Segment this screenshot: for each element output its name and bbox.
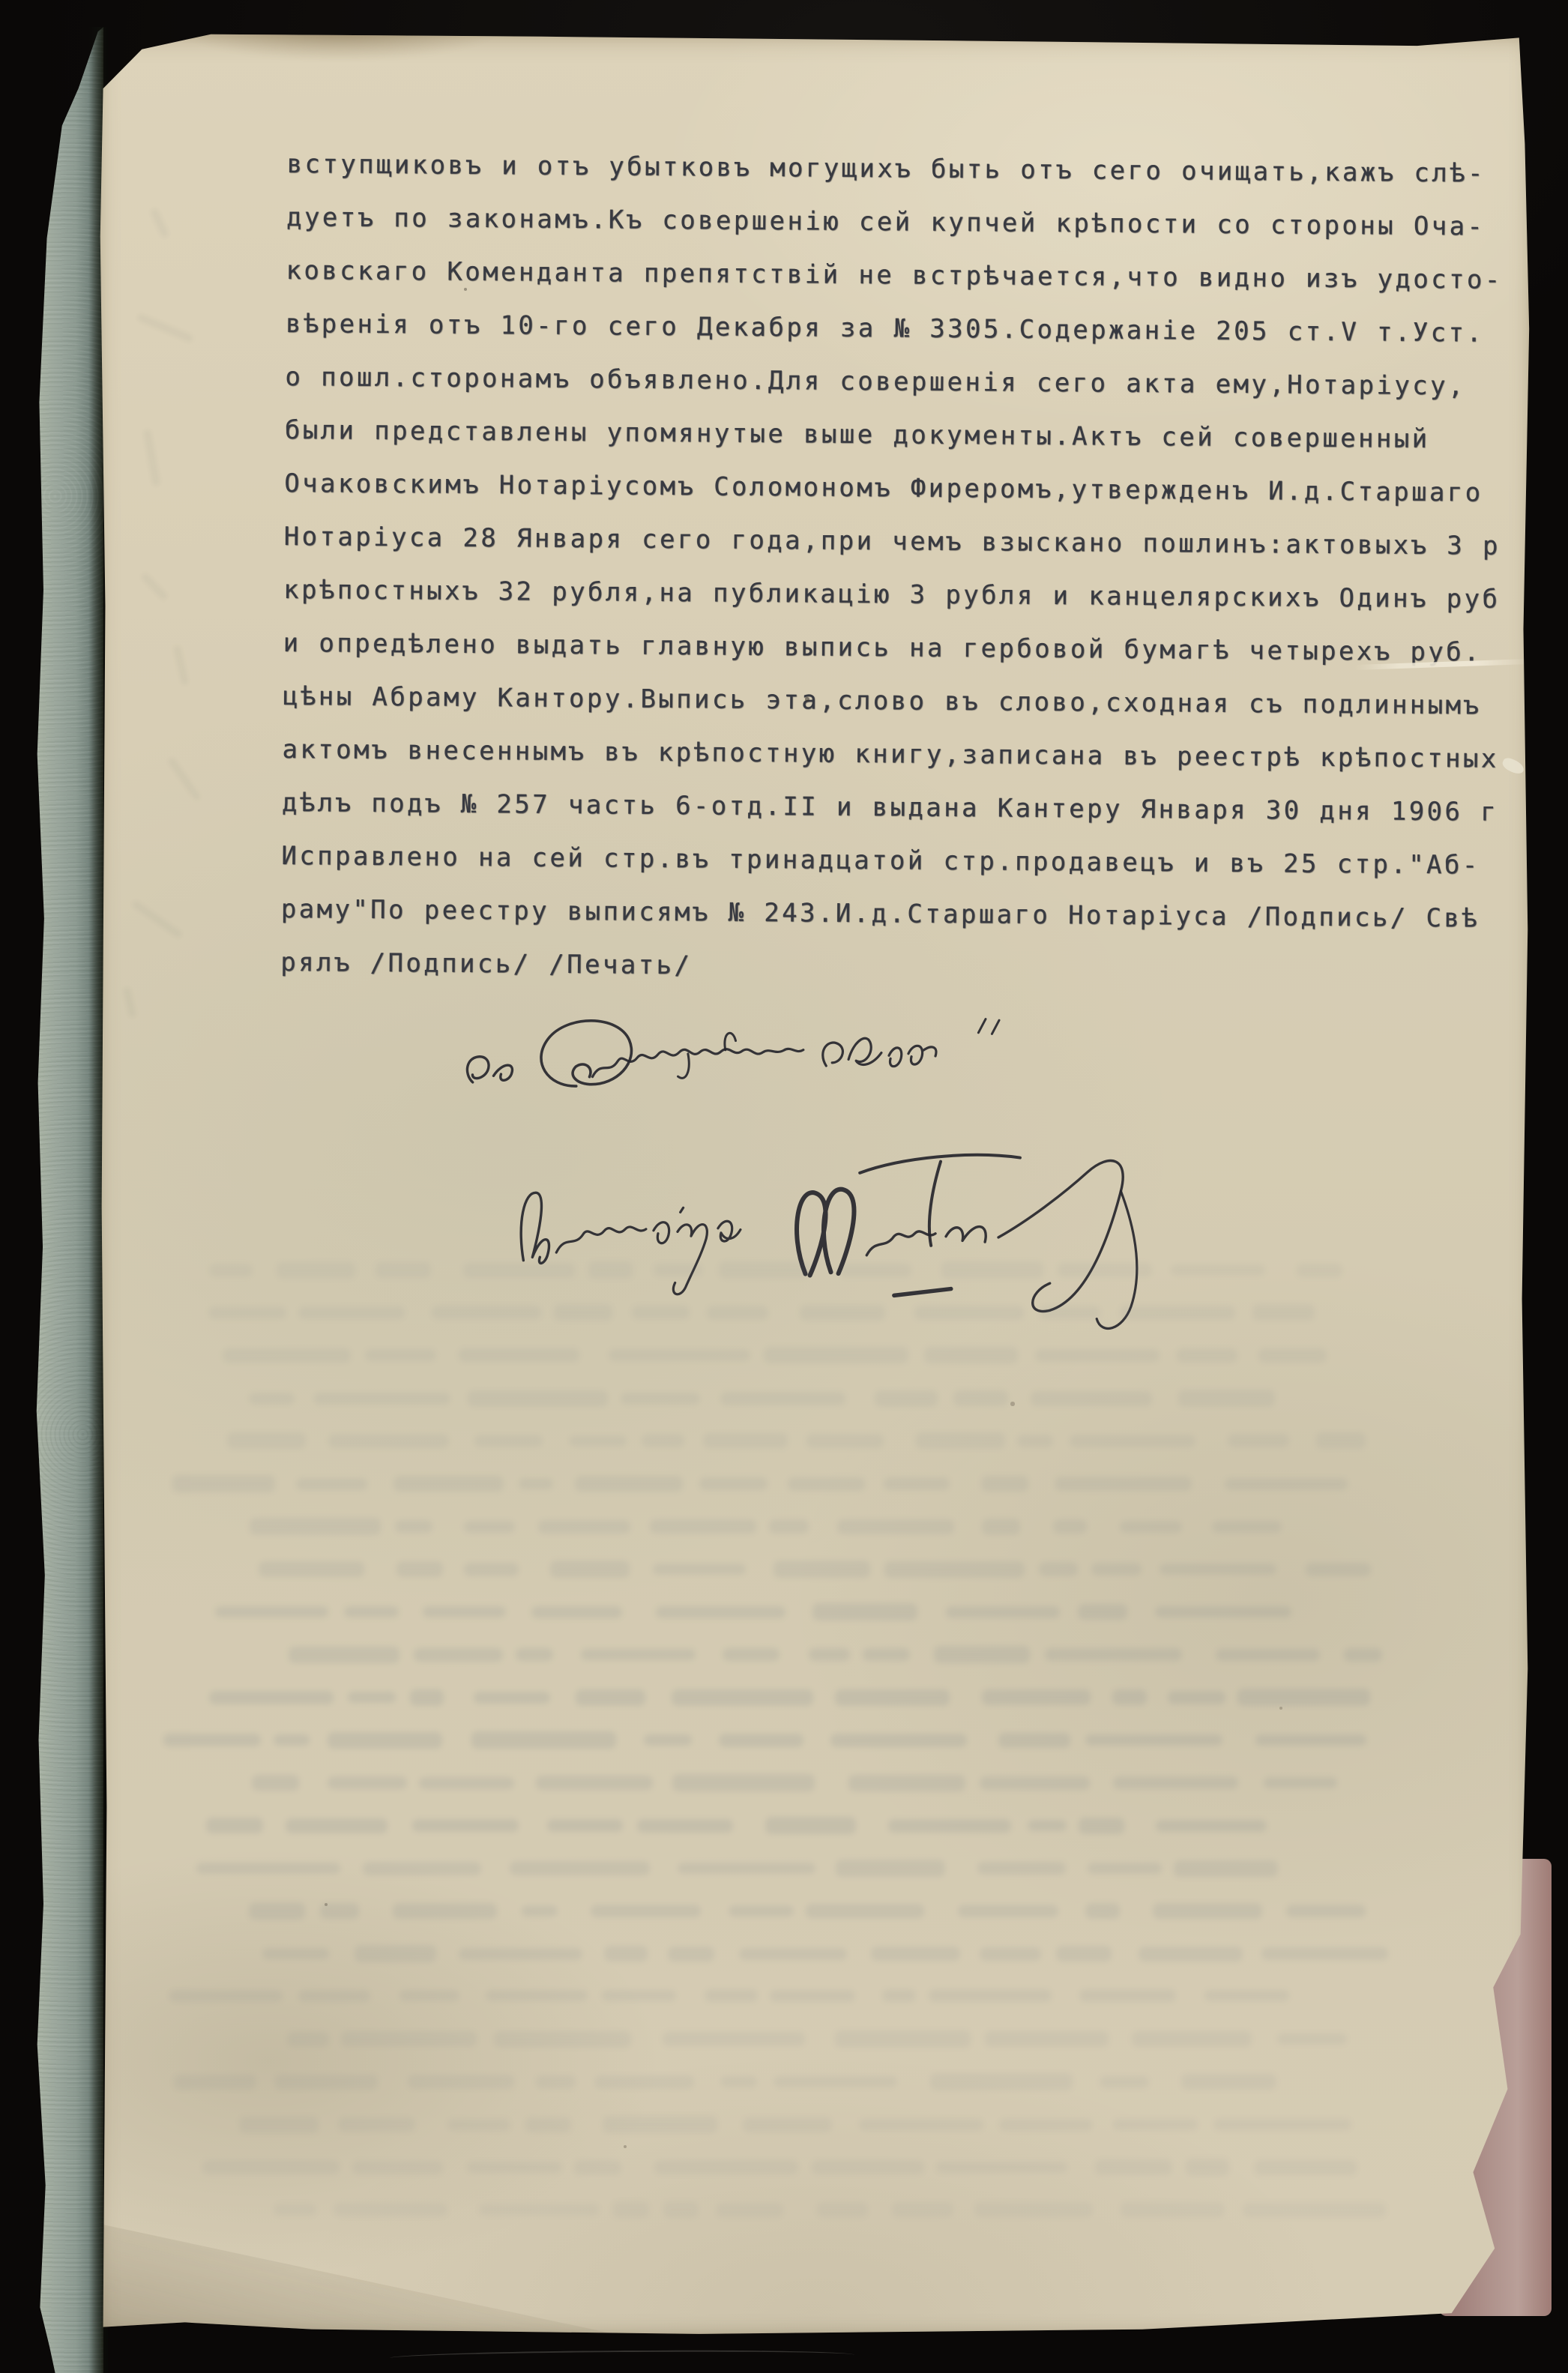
bleedthrough-line [182,1988,1289,2002]
bleedthrough-word [788,1477,865,1491]
bleedthrough-word [393,1903,497,1919]
margin-smudge [150,208,169,238]
typed-line: рялъ /Подпись/ /Печать/ [280,936,1539,999]
bleedthrough-word [208,1306,286,1319]
bleedthrough-word [974,2202,1093,2217]
bleedthrough-word [663,2201,699,2218]
bleedthrough-word [977,1862,1066,1875]
typed-line: крѣпостныхъ 32 рубля,на публикацію 3 руб… [283,564,1542,627]
typed-line: вѣренія отъ 10-го сего Декабря за № 3305… [286,298,1544,361]
bleedthrough-word [806,1904,924,1918]
bleedthrough-word [837,1519,954,1534]
margin-smudge [136,313,193,343]
bleedthrough-word [1139,1947,1243,1962]
bleedthrough-word [396,1561,443,1577]
margin-smudge [140,573,168,601]
bleedthrough-word [863,1648,910,1661]
bleedthrough-word [410,1689,444,1706]
bleedthrough-word [328,1732,442,1749]
bleedthrough-word [1120,1306,1235,1320]
bleedthrough-word [536,2075,576,2089]
margin-smudge [144,429,160,486]
bleedthrough-word [1056,1946,1112,1962]
typed-line: о пошл.сторонамъ объявлено.Для совершені… [285,351,1543,414]
bleedthrough-word [494,2031,631,2048]
bleedthrough-word [536,1776,653,1790]
bleedthrough-word [1344,1648,1382,1662]
bleedthrough-word [1156,1820,1267,1832]
bleedthrough-line [182,2159,1357,2176]
bleedthrough-line [175,2073,1276,2090]
bleedthrough-word [1095,2159,1172,2175]
bleedthrough-word [581,1649,696,1660]
bleedthrough-word [941,1261,1043,1279]
bleedthrough-word [603,2116,717,2133]
bleedthrough-word [1079,1989,1176,2002]
bleedthrough-word [227,1432,306,1449]
bleedthrough-word [835,2030,971,2048]
bleedthrough-word [474,1435,543,1447]
bleedthrough-line [206,1860,1278,1877]
bleedthrough-word [1028,1820,1067,1831]
bleedthrough-word [352,2161,443,2174]
bleedthrough-word [313,1393,450,1405]
bleedthrough-word [196,1863,340,1874]
bleedthrough-word [468,1390,608,1407]
bleedthrough-word [464,1563,519,1576]
bleedthrough-line [204,1347,1327,1363]
bleedthrough-word [320,1903,359,1919]
bleedthrough-word [632,1306,690,1319]
bleedthrough-word [215,1606,328,1617]
bleedthrough-word [408,2075,514,2089]
document-page: вступщиковъ и отъ убытковъ могущихъ быть… [96,28,1532,2339]
bleedthrough-line [182,1774,1337,1791]
bleedthrough-word [1204,1990,1289,2001]
notary-signature [490,1094,1348,1373]
bleedthrough-word [588,1261,633,1279]
bleedthrough-word [172,1475,275,1492]
bleedthrough-word [637,1819,733,1833]
typed-line: дѣлъ подъ № 257 часть 6-отд.II и выдана … [282,777,1540,839]
bleedthrough-line [211,2030,1347,2048]
bleedthrough-word [471,1731,616,1749]
bleedthrough-line [197,1817,1267,1834]
bleedthrough-word [432,1306,541,1319]
bleedthrough-word [999,2119,1093,2131]
bleedthrough-word [348,1692,396,1703]
bleedthrough-word [1216,1649,1320,1661]
bleedthrough-word [519,1478,553,1489]
bleedthrough-word [817,2202,868,2217]
bleedthrough-word [981,1476,1028,1492]
bleedthrough-word [892,2202,953,2217]
bleedthrough-word [341,2031,477,2047]
typed-line: ковскаго Коменданта препятствій не встрѣ… [286,244,1544,307]
bleedthrough-word [958,1905,1058,1917]
bleedthrough-line [190,1261,1342,1279]
margin-smudge [123,987,136,1018]
bleedthrough-word [1070,1435,1195,1447]
bleedthrough-word [812,2160,924,2174]
bleedthrough-word [328,1776,407,1789]
bleedthrough-word [1177,1348,1237,1363]
bleedthrough-word [1053,1519,1087,1534]
bleedthrough-word [1121,2202,1225,2217]
bleedthrough-word [1031,1391,1152,1406]
bleedthrough-line [194,1304,1315,1321]
bleedthrough-word [602,1990,676,2001]
bleedthrough-word [206,1818,263,1833]
bleedthrough-word [716,2203,783,2217]
bleedthrough-word [668,1947,714,1962]
typed-text-block: вступщиковъ и отъ убытковъ могущихъ быть… [280,138,1545,999]
bleedthrough-word [591,1905,701,1917]
bleedthrough-word [884,1477,950,1490]
bleedthrough-word [875,1390,938,1407]
bleedthrough-word [1228,1434,1289,1447]
bleedthrough-word [239,2117,319,2133]
bleedthrough-word [839,1264,911,1277]
bleedthrough-word [1297,1264,1342,1277]
bleedthrough-word [1174,1860,1278,1877]
bleedthrough-word [414,1648,503,1662]
bleedthrough-word [678,1863,815,1874]
bleedthrough-word [980,1776,1090,1790]
bleedthrough-word [644,1734,692,1746]
bleedthrough-word [800,1305,885,1321]
bleedthrough-word [650,1519,756,1534]
bleedthrough-word [604,1946,648,1962]
bleedthrough-line [207,2116,1351,2133]
bleedthrough-word [1155,1606,1291,1617]
bleedthrough-word [547,1819,623,1832]
typed-line: цѣны Абраму Кантору.Выпись эта,слово въ … [283,670,1541,733]
bleedthrough-word [672,1774,815,1791]
bleedthrough-line [195,1475,1348,1492]
bleedthrough-word [259,1561,364,1577]
bleedthrough-word [719,1734,803,1747]
bleedthrough-word [1088,1863,1162,1874]
bleedthrough-word [531,1606,622,1618]
bleedthrough-word [423,1606,506,1617]
bleedthrough-word [888,1819,1011,1833]
bleedthrough-word [289,1647,399,1663]
bleedthrough-word [1055,1477,1192,1491]
typed-line: Исправлено на сей стр.въ тринадцатой стр… [281,830,1540,893]
bleedthrough-word [538,1520,630,1534]
bleedthrough-word [1181,2074,1276,2090]
bleedthrough-word [274,2075,378,2090]
bleedthrough-word [363,1862,481,1875]
bleedthrough-word [806,1434,884,1448]
bleedthrough-word [953,1390,1008,1406]
bleedthrough-word [871,1947,960,1961]
bleedthrough-word [1120,1521,1182,1533]
bleedthrough-word [1277,2033,1347,2045]
bleedthrough-word [479,2204,599,2216]
bleedthrough-word [174,2075,256,2090]
bleedthrough-word [642,1434,684,1447]
bleedthrough-word [1091,1563,1142,1576]
bleedthrough-word [1035,1349,1160,1362]
typed-line: были представлены упомянутые выше докуме… [285,404,1543,467]
bleedthrough-word [252,1775,299,1791]
bleedthrough-word [774,1561,870,1578]
bleedthrough-word [765,1817,856,1834]
bleedthrough-word [1243,2203,1386,2217]
bleedthrough-word [393,1476,504,1492]
bleedthrough-word [1040,1306,1100,1319]
bleedthrough-word [399,1990,459,2001]
bleedthrough-line [182,1390,1275,1407]
bleedthrough-word [723,1648,780,1661]
bleedthrough-line [176,1689,1370,1706]
bleedthrough-word [274,1734,310,1746]
bleedthrough-word [209,1264,253,1277]
bleedthrough-word [594,2075,694,2089]
bleedthrough-word [739,1948,847,1960]
bleedthrough-word [1225,1478,1348,1490]
bleedthrough-word [575,1476,683,1492]
bleedthrough-word [274,2204,316,2216]
bleedthrough-word [705,1989,758,2002]
bleedthrough-word [463,1263,575,1278]
margin-smudge [167,757,201,801]
bleedthrough-line [184,1432,1366,1449]
bleedthrough-word [916,1432,1005,1449]
bleedthrough-word [1306,1563,1371,1576]
photo-background: вступщиковъ и отъ убытковъ могущихъ быть… [0,0,1568,2373]
bleedthrough-word [720,1392,845,1405]
bleedthrough-word [835,1689,950,1706]
bleedthrough-line [199,1518,1282,1535]
bleedthrough-word [338,2117,415,2132]
bleedthrough-word [654,1264,702,1276]
bleedthrough-word [328,1434,449,1448]
bleedthrough-word [653,1564,746,1575]
bleedthrough-word [1153,1903,1262,1919]
typed-line: вступщиковъ и отъ убытковъ могущихъ быть… [286,138,1545,201]
bleedthrough-line [184,1902,1366,1920]
bottom-left-fold-shadow [96,2174,636,2339]
bleedthrough-word [998,1733,1070,1748]
top-fold-shadow [163,30,516,75]
bleedthrough-line [184,1561,1371,1578]
typed-line: актомъ внесеннымъ въ крѣпостную книгу,за… [282,723,1540,786]
bleedthrough-word [1316,1432,1366,1449]
bleedthrough-word [656,1606,785,1618]
bleedthrough-word [836,1860,945,1877]
bleedthrough-word [1186,2159,1229,2176]
bleedthrough-word [1039,1562,1078,1576]
bleedthrough-word [1286,1905,1366,1917]
bleedthrough-word [1178,1390,1275,1407]
bleedthrough-word [985,2031,1109,2047]
bleedthrough-word [569,1435,627,1447]
bleedthrough-word [707,1306,768,1320]
bleedthrough-word [365,1349,436,1361]
bleedthrough-word [262,1948,329,1959]
bleedthrough-word [929,1989,1052,2002]
bleedthrough-word [202,2160,340,2174]
bleedthrough-word [812,1603,917,1620]
bleedthrough-word [1017,1435,1053,1447]
bleedthrough-word [1237,1689,1370,1706]
bleedthrough-word [699,1477,768,1490]
bleedthrough-word [1255,1734,1366,1746]
bleedthrough-word [249,1393,295,1405]
bleedthrough-word [1045,1648,1182,1661]
bleedthrough-word [574,2160,621,2175]
bleedthrough-word [223,1348,351,1363]
bleedthrough-word [719,1261,809,1279]
bleedthrough-word [1252,1304,1315,1321]
bleedthrough-word [1113,1776,1238,1789]
bleedthrough-word [980,1947,1041,1961]
bleedthrough-line [190,1731,1366,1749]
bleedthrough-word [934,1646,1030,1663]
bleedthrough-word [554,1304,612,1321]
bleedthrough-word [1258,1348,1327,1363]
bleedthrough-word [982,1689,1091,1705]
typed-line: дуетъ по законамъ.Къ совершенію сей купч… [286,191,1545,254]
bleedthrough-word [355,1945,436,1962]
bleedthrough-word [249,1902,305,1920]
bleedthrough-word [930,2073,1073,2090]
bleedthrough-word [982,1519,1020,1535]
bleedthrough-word [412,1819,519,1832]
typed-line: Нотаріуса 28 Января сего года,при чемъ в… [284,510,1543,573]
bleedthrough-word [729,1905,794,1917]
bleedthrough-word [609,1349,750,1361]
bleedthrough-word [576,1689,645,1706]
bleedthrough-word [884,1561,1025,1578]
bleedthrough-word [467,2162,562,2173]
bleedthrough-word [296,1478,367,1490]
bleedthrough-word [936,2162,1067,2173]
bleedthrough-word [287,2032,329,2047]
bleedthrough-word [486,1990,588,2001]
bleedthrough-line [216,1603,1291,1620]
bleedthrough-word [859,2119,983,2131]
bleedthrough-word [344,1606,399,1617]
bleedthrough-word [1168,1691,1225,1704]
bleedthrough-word [809,1648,850,1661]
bleedthrough-word [1212,1521,1282,1533]
bleedthrough-word [1079,1818,1124,1834]
bleedthrough-line [190,1945,1388,1962]
bleedthrough-word [209,1691,334,1704]
bleedthrough-word [286,1818,388,1833]
bleedthrough-word [550,1561,630,1578]
bleedthrough-word [764,1347,908,1363]
bleedthrough-word [1078,1604,1127,1620]
bleedthrough-word [769,1519,809,1534]
bleedthrough-word [1264,1777,1337,1788]
bleedthrough-word [1261,1947,1388,1960]
typed-line: и опредѣлено выдать главную выпись на ге… [283,617,1541,680]
bleedthrough-line [216,1646,1382,1663]
bleedthrough-word [743,2117,832,2132]
bleedthrough-word [1100,2076,1149,2088]
bleedthrough-word [516,1648,553,1661]
bleedthrough-word [914,1306,1024,1320]
margin-smudge [131,900,182,939]
bleedthrough-word [1085,1734,1222,1746]
bleedthrough-word [612,2201,649,2218]
bleedthrough-word [720,2076,757,2087]
bleedthrough-word [1085,1903,1120,1919]
bleedthrough-word [459,1948,582,1960]
typed-line: Очаковскимъ Нотаріусомъ Соломономъ Фирер… [284,457,1543,520]
bleedthrough-word [376,1262,431,1278]
margin-smudge [173,645,189,686]
bleedthrough-word [946,1606,1060,1618]
bleedthrough-word [672,1689,813,1706]
bleedthrough-word [459,1348,579,1362]
bleedthrough-word [298,1990,370,2002]
bleedthrough-word [474,1692,550,1704]
bleedthrough-word [1213,2119,1351,2130]
bleedthrough-word [298,1306,405,1319]
bleedthrough-word [395,1520,432,1533]
bleedthrough-word [1112,1689,1147,1705]
bleedthrough-word [654,2160,798,2174]
typed-line: раму"По реестру выписямъ № 243.И.д.Старш… [281,883,1540,946]
bleedthrough-word [924,1347,1018,1363]
bleedthrough-word [1255,2160,1357,2175]
backdrop-scratch [390,2349,854,2364]
bleedthrough-word [447,2119,510,2131]
bleedthrough-word [621,1393,700,1405]
bleedthrough-word [663,2032,805,2046]
bleedthrough-word [703,1433,788,1448]
bleedthrough-word [848,1775,965,1791]
bleedthrough-word [169,1990,283,2002]
bleedthrough-word [334,2203,447,2216]
bleedthrough-word [250,1518,381,1535]
bleedthrough-line [223,2201,1386,2218]
bleedthrough-word [1058,1263,1152,1277]
bleedthrough-word [830,1734,967,1747]
bleedthrough-word [419,1777,514,1789]
bleedthrough-word [522,1905,558,1917]
bleedthrough-word [882,1989,916,2002]
bleedthrough-word [525,2117,571,2132]
bleedthrough-word [774,2076,897,2087]
bleedthrough-word [1112,2119,1198,2130]
bleedthrough-word [510,1861,650,1875]
bleedthrough-word [1171,1264,1265,1276]
bleedthrough-word [464,1521,515,1533]
bleedthrough-word [163,1734,261,1746]
bleedthrough-word [770,1990,855,2002]
bleedthrough-word [277,1262,355,1279]
bleedthrough-word [1160,1564,1276,1575]
bleedthrough-word [1132,2031,1252,2047]
